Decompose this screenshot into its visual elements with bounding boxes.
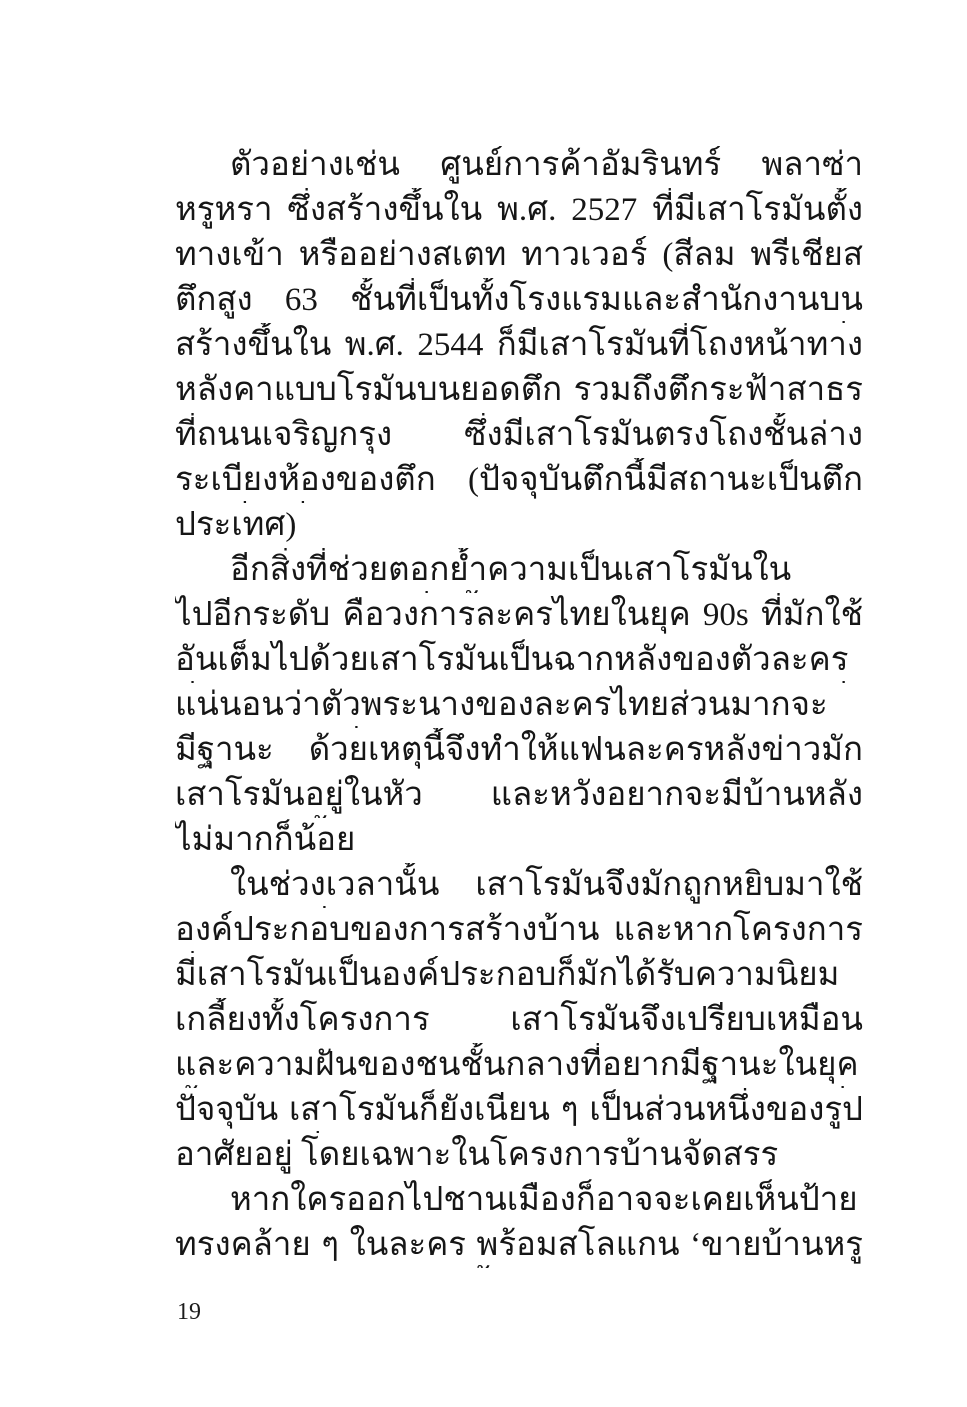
text-line: ไปอีกระดับ คือวงการละครไทยในยุค 90s ที่ม… bbox=[175, 593, 863, 638]
text-line: เกลี้ยงทั้งโครงการ เสาโรมันจึงเปรียบเหมื… bbox=[175, 998, 863, 1043]
paragraph: ในช่วงเวลานั้น เสาโรมันจึงมักถูกหยิบมาใช… bbox=[175, 863, 863, 1178]
text-line: อีกสิ่งที่ช่วยตอกย้ำความเป็นเสาโรมันในปร… bbox=[175, 548, 863, 593]
text-line: สร้างขึ้นใน พ.ศ. 2544 ก็มีเสาโรมันที่โถง… bbox=[175, 323, 863, 368]
text-line: ประเทศ) bbox=[175, 503, 863, 548]
text-line: หรูหรา ซึ่งสร้างขึ้นใน พ.ศ. 2527 ที่มีเส… bbox=[175, 188, 863, 233]
text-line: องค์ประกอบของการสร้างบ้าน และหากโครงการท… bbox=[175, 908, 863, 953]
text-line: ไม่มากก็น้อย bbox=[175, 818, 863, 863]
text-line: อาศัยอยู่ โดยเฉพาะในโครงการบ้านจัดสรร bbox=[175, 1133, 863, 1178]
text-line: ทรงคล้าย ๆ ในละคร พร้อมสโลแกน ‘ขายบ้านหร… bbox=[175, 1223, 863, 1268]
text-line: มีฐานะ ด้วยเหตุนี้จึงทำให้แฟนละครหลังข่า… bbox=[175, 728, 863, 773]
text-line: มีเสาโรมันเป็นองค์ประกอบก็มักได้รับความน… bbox=[175, 953, 863, 998]
book-page: ตัวอย่างเช่น ศูนย์การค้าอัมรินทร์ พลาซ่า… bbox=[0, 0, 967, 1407]
text-line: ในช่วงเวลานั้น เสาโรมันจึงมักถูกหยิบมาใช… bbox=[175, 863, 863, 908]
text-line: ตัวอย่างเช่น ศูนย์การค้าอัมรินทร์ พลาซ่า… bbox=[175, 143, 863, 188]
text-line: ที่ถนนเจริญกรุง ซึ่งมีเสาโรมันตรงโถงชั้น… bbox=[175, 413, 863, 458]
paragraph: ตัวอย่างเช่น ศูนย์การค้าอัมรินทร์ พลาซ่า… bbox=[175, 143, 863, 548]
text-line: ปัจจุบัน เสาโรมันก็ยังเนียน ๆ เป็นส่วนหน… bbox=[175, 1088, 863, 1133]
text-line: เสาโรมันอยู่ในหัว และหวังอยากจะมีบ้านหลั… bbox=[175, 773, 863, 818]
body-text: ตัวอย่างเช่น ศูนย์การค้าอัมรินทร์ พลาซ่า… bbox=[175, 143, 863, 1268]
text-line: ระเบียงห้องของตึก (ปัจจุบันตึกนี้มีสถานะ… bbox=[175, 458, 863, 503]
paragraph: หากใครออกไปชานเมืองก็อาจจะเคยเห็นป้ายโฆษ… bbox=[175, 1178, 863, 1268]
text-line: หลังคาแบบโรมันบนยอดตึก รวมถึงตึกระฟ้าสาธ… bbox=[175, 368, 863, 413]
text-line: หากใครออกไปชานเมืองก็อาจจะเคยเห็นป้ายโฆษ… bbox=[175, 1178, 863, 1223]
page-number: 19 bbox=[177, 1297, 201, 1327]
text-line: ตึกสูง 63 ชั้นที่เป็นทั้งโรงแรมและสำนักง… bbox=[175, 278, 863, 323]
paragraph: อีกสิ่งที่ช่วยตอกย้ำความเป็นเสาโรมันในปร… bbox=[175, 548, 863, 863]
text-line: แน่นอนว่าตัวพระนางของละครไทยส่วนมากจะต้อ… bbox=[175, 683, 863, 728]
text-line: และความฝันของชนชั้นกลางที่อยากมีฐานะในยุ… bbox=[175, 1043, 863, 1088]
text-line: อันเต็มไปด้วยเสาโรมันเป็นฉากหลังของตัวละ… bbox=[175, 638, 863, 683]
text-line: ทางเข้า หรืออย่างสเตท ทาวเวอร์ (สีลม พรี… bbox=[175, 233, 863, 278]
